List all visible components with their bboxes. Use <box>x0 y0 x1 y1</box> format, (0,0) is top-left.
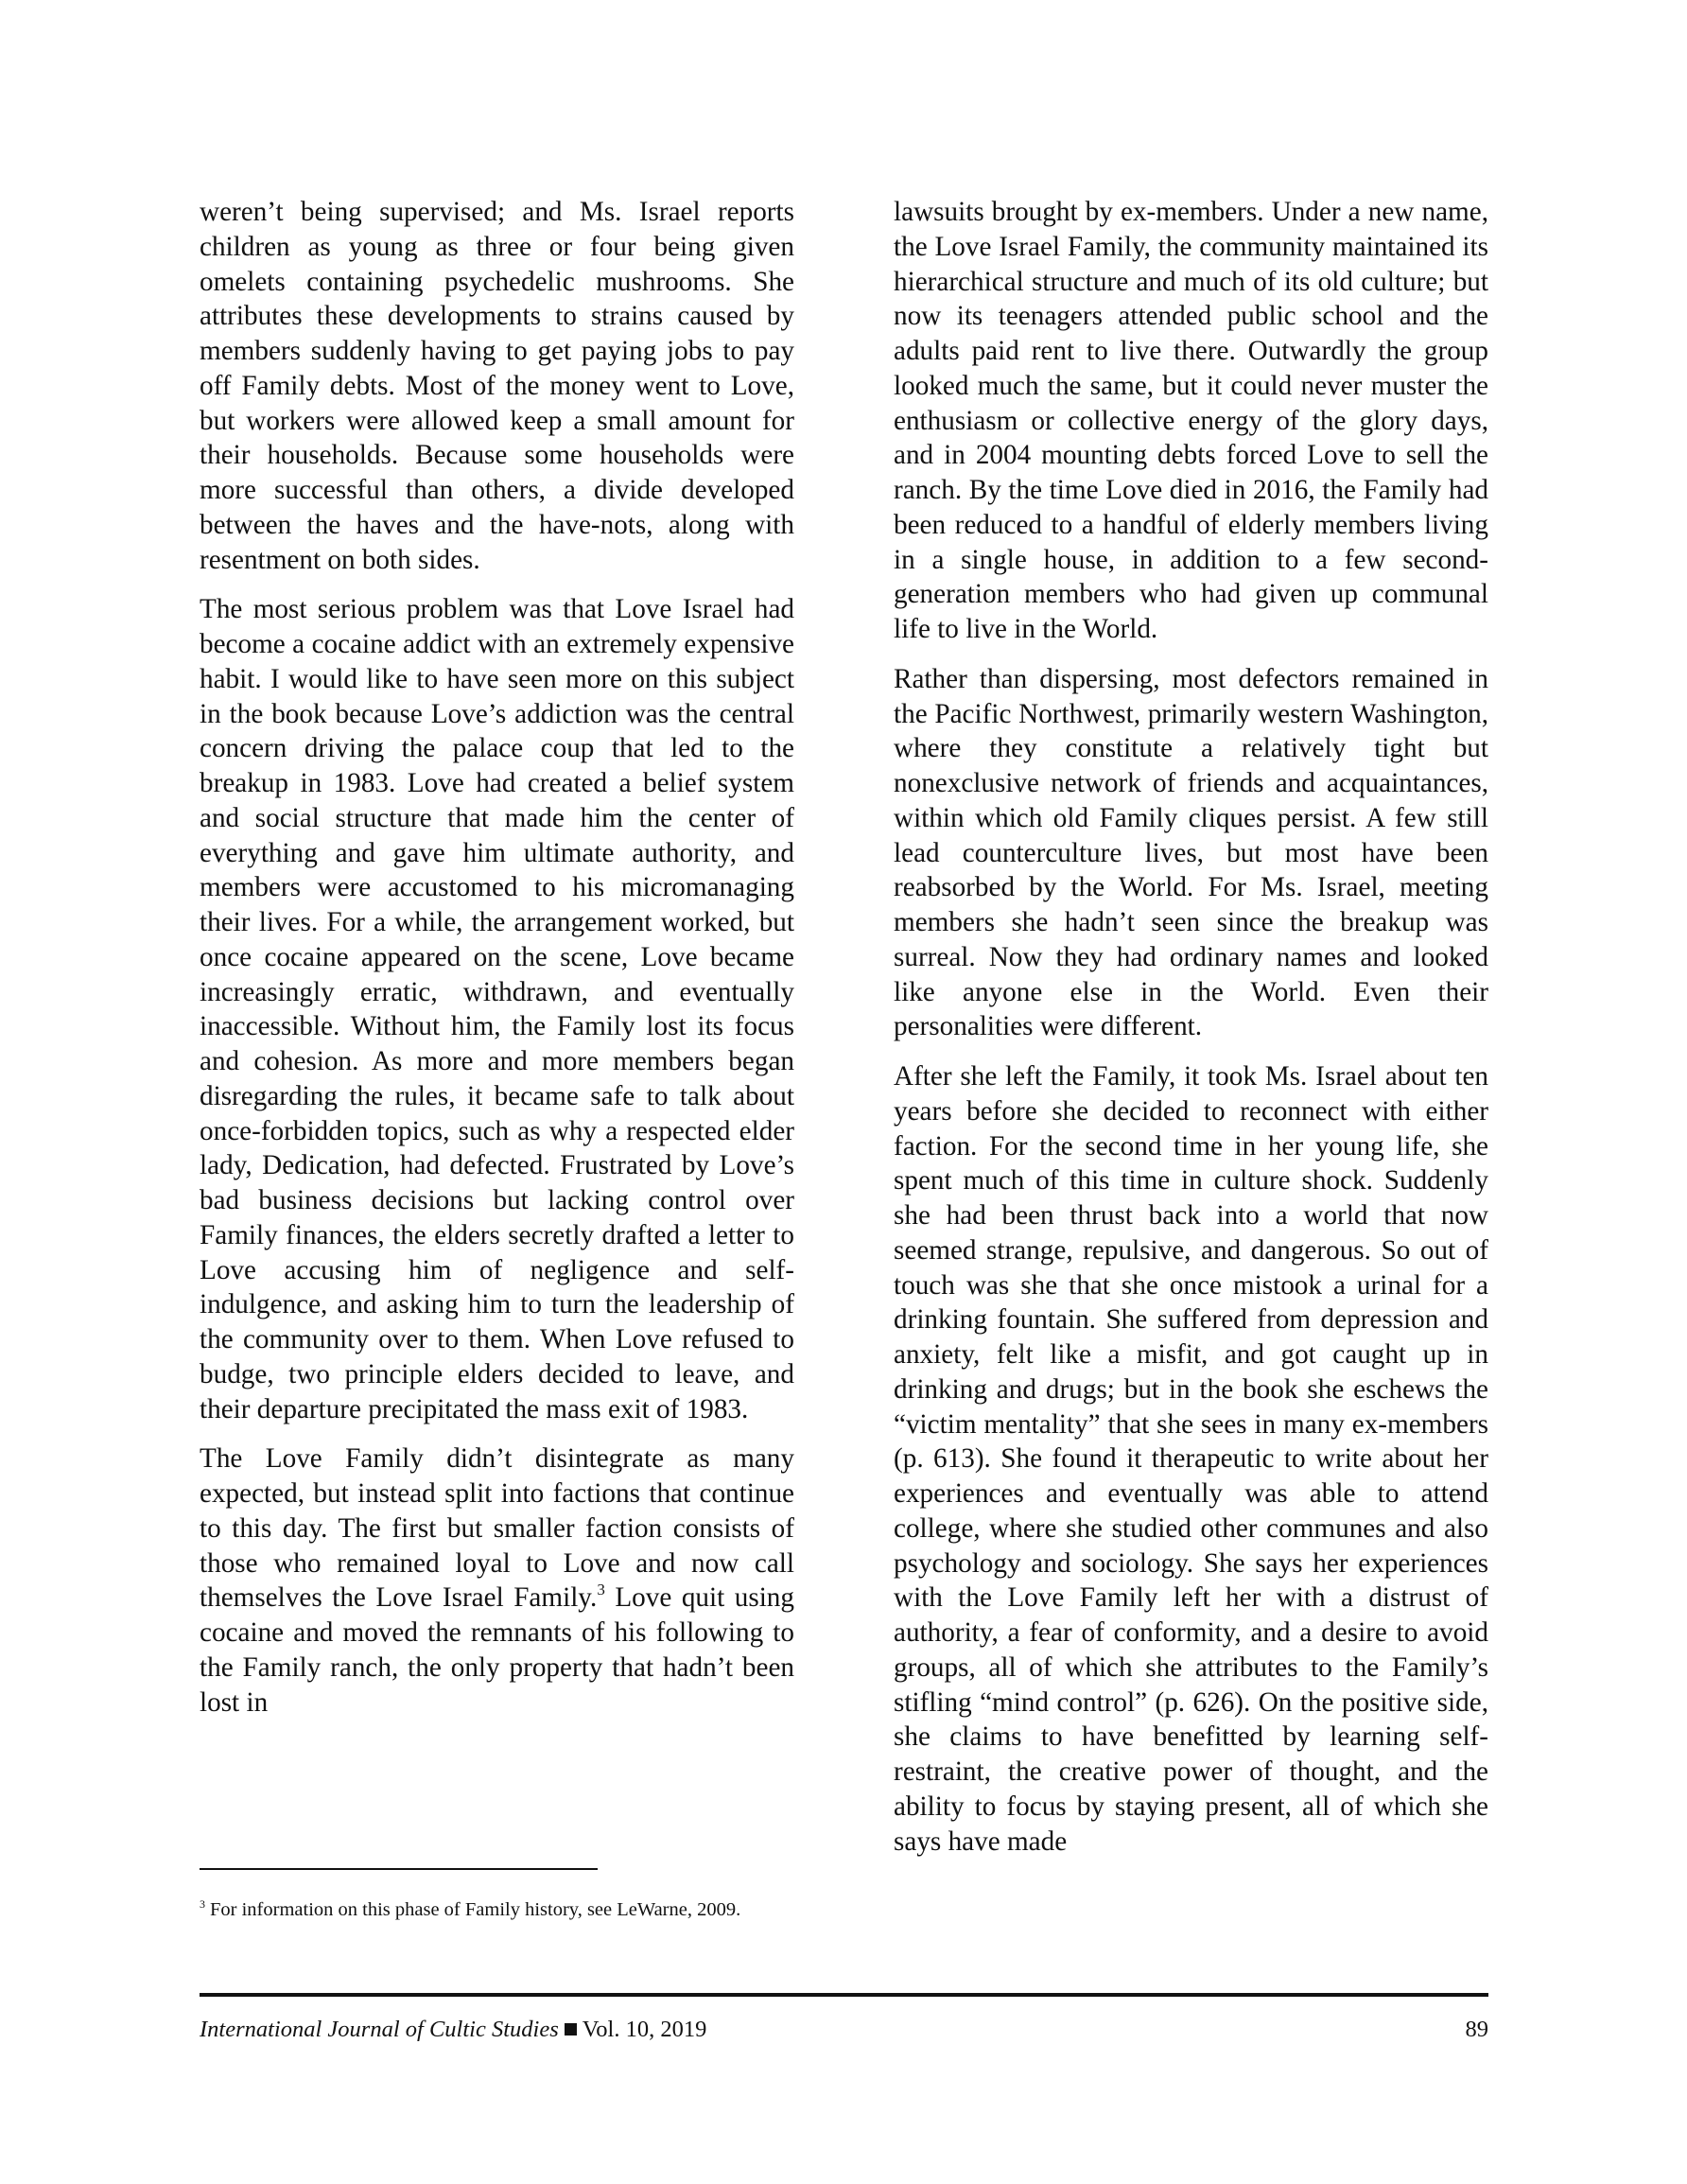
paragraph-with-footnote-ref: The Love Family didn’t disintegrate as m… <box>200 1441 794 1720</box>
footnote-reference[interactable]: 3 <box>597 1581 605 1599</box>
paragraph: weren’t being supervised; and Ms. Israel… <box>200 195 794 577</box>
paragraph: Rather than dispersing, most defectors r… <box>894 662 1488 1044</box>
footer-citation: International Journal of Cultic StudiesV… <box>200 2016 706 2044</box>
journal-title: International Journal of Cultic Studies <box>200 2017 559 2042</box>
black-square-icon <box>565 2023 577 2035</box>
page-number: 89 <box>1466 2016 1489 2044</box>
page-footer: International Journal of Cultic StudiesV… <box>200 2016 1488 2044</box>
footnote-text: For information on this phase of Family … <box>210 1899 740 1920</box>
right-column: lawsuits brought by ex-members. Under a … <box>894 195 1488 1859</box>
paragraph: After she left the Family, it took Ms. I… <box>894 1059 1488 1859</box>
left-column: weren’t being supervised; and Ms. Israel… <box>200 195 794 1720</box>
footer-divider <box>200 1993 1488 1997</box>
volume-info: Vol. 10, 2019 <box>583 2017 707 2042</box>
paragraph: The most serious problem was that Love I… <box>200 592 794 1426</box>
footnote-number: 3 <box>200 1897 205 1911</box>
paragraph: lawsuits brought by ex-members. Under a … <box>894 195 1488 647</box>
journal-page: weren’t being supervised; and Ms. Israel… <box>0 0 1687 2184</box>
footnote: 3For information on this phase of Family… <box>200 1897 794 1922</box>
footnote-divider <box>200 1868 598 1870</box>
